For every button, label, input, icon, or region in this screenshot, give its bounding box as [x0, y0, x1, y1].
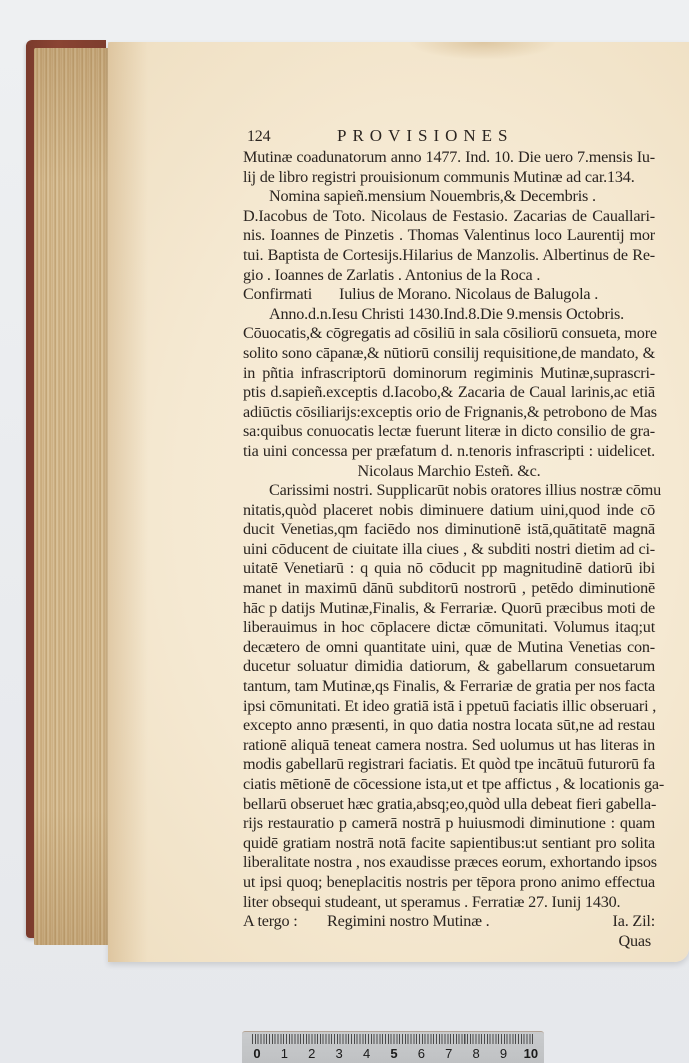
text-line: modis gabellarū registrari faciatis. Et … — [243, 755, 655, 775]
text-line: bellarū obseruet hæc gratia,absq;eo,quòd… — [243, 795, 655, 815]
text-line: Cōuocatis,& cōgregatis ad cōsiliū in sal… — [243, 324, 655, 344]
ruler-label: 7 — [438, 1046, 460, 1061]
page-edges — [34, 48, 112, 945]
page-number: 124 — [243, 127, 337, 147]
text-line: ptis d.sapieñ.exceptis d.Iacobo,& Zacari… — [243, 383, 655, 403]
running-head: PROVISIONES — [337, 126, 514, 146]
text-line: rijs restauratio p camerā nostrā p huius… — [243, 814, 655, 834]
section-heading: Nomina sapieñ.mensium Nouembris,& Decemb… — [243, 187, 655, 207]
text-line: tia uini concessa per præfatum d. n.teno… — [243, 442, 655, 462]
text-line: rationē aliquā teneat camera nostra. Sed… — [243, 736, 655, 756]
signature: Ia. Zil: — [613, 912, 655, 932]
confirmati-label: Confirmati — [243, 285, 339, 305]
ruler-label: 4 — [356, 1046, 378, 1061]
text-line: D.Iacobus de Toto. Nicolaus de Festasio.… — [243, 207, 655, 227]
closing-row: A tergo : Regimini nostro Mutinæ . Ia. Z… — [243, 912, 655, 932]
text-line: excepto anno præsenti, in quo datia nost… — [243, 716, 655, 736]
text-line: Carissimi nostri. Supplicarūt nobis orat… — [243, 481, 655, 501]
text-line: in pñtia infrascriptorū dominorum regimi… — [243, 364, 655, 384]
text-line: ut ipsi quoq; beneplacitis nostris per t… — [243, 873, 655, 893]
text-line: nitatis,quòd placeret nobis diminuere da… — [243, 501, 655, 521]
text-line: uini cōducent de ciuitate illa ciues , &… — [243, 540, 655, 560]
text-line: ducit Venetias,qm faciēdo nos diminution… — [243, 520, 655, 540]
text-line: gio . Ioannes de Zarlatis . Antonius de … — [243, 266, 655, 286]
catchword: Quas — [243, 932, 655, 952]
text-line: manet in maximū dānū subditorū nostrorū … — [243, 579, 655, 599]
text-line: ipsi cōmunitati. Et ideo gratiā istā i p… — [243, 697, 655, 717]
a-tergo-label: A tergo : — [243, 912, 293, 932]
ruler-label: 6 — [410, 1046, 432, 1061]
text-line: quidē gratiam nostrā notā facite sapient… — [243, 834, 655, 854]
text-line: solito sono cāpanæ,& nūtiorū consilij re… — [243, 344, 655, 364]
confirmati-names: Iulius de Morano. Nicolaus de Balugola . — [339, 285, 655, 305]
ruler-label: 8 — [465, 1046, 487, 1061]
text-line: sa:quibus conuocatis lectæ fuerunt liter… — [243, 422, 655, 442]
salutation: Nicolaus Marchio Esteñ. &c. — [243, 462, 655, 482]
ruler-label: 1 — [273, 1046, 295, 1061]
ruler-label: 5 — [383, 1046, 405, 1061]
text-line: tantum, tam Mutinæ,qs Finalis, & Ferrari… — [243, 677, 655, 697]
scale-ruler: 0 1 2 3 4 5 6 7 8 9 10 — [242, 1031, 544, 1063]
ruler-label: 9 — [493, 1046, 515, 1061]
text-line: ciatis mētionē de cōcessione ista,ut et … — [243, 775, 655, 795]
text-line: liberauimus in hoc cōplacere dictæ cōmun… — [243, 618, 655, 638]
page-header: 124 PROVISIONES — [243, 126, 655, 148]
text-line: liter obsequi studeant, ut speramus . Fe… — [243, 893, 655, 913]
ruler-label: 0 — [246, 1046, 268, 1061]
address: Regimini nostro Mutinæ . — [293, 912, 613, 932]
ruler-label: 3 — [328, 1046, 350, 1061]
text-line: ducetur soluatur dimidia datiorum, & gab… — [243, 657, 655, 677]
ruler-label: 2 — [301, 1046, 323, 1061]
page-text: 124 PROVISIONES Mutinæ coadunatorum anno… — [243, 126, 655, 951]
text-line: Mutinæ coadunatorum anno 1477. Ind. 10. … — [243, 148, 655, 168]
text-line: hāc p datijs Mutinæ,Finalis, & Ferrariæ.… — [243, 599, 655, 619]
text-line: uitatē Venetiarū : q quia nō cōducit pp … — [243, 559, 655, 579]
confirmati-row: Confirmati Iulius de Morano. Nicolaus de… — [243, 285, 655, 305]
scan-background: 124 PROVISIONES Mutinæ coadunatorum anno… — [0, 0, 689, 1063]
ruler-ticks — [252, 1034, 535, 1044]
text-line: Anno.d.n.Iesu Christi 1430.Ind.8.Die 9.m… — [243, 305, 655, 325]
text-line: tui. Baptista de Cortesijs.Hilarius de M… — [243, 246, 655, 266]
ruler-labels: 0 1 2 3 4 5 6 7 8 9 10 — [246, 1046, 542, 1061]
text-line: lij de libro registri prouisionum commun… — [243, 168, 655, 188]
text-line: decætero de omni quantitate uini, quæ de… — [243, 638, 655, 658]
ruler-label: 10 — [520, 1046, 542, 1061]
text-line: nis. Ioannes de Pinzetis . Thomas Valent… — [243, 226, 655, 246]
text-line: liberalitate nostra , nos exaudisse præc… — [243, 853, 655, 873]
text-line: adiūctis cōsiliarijs:exceptis orio de Fr… — [243, 403, 655, 423]
